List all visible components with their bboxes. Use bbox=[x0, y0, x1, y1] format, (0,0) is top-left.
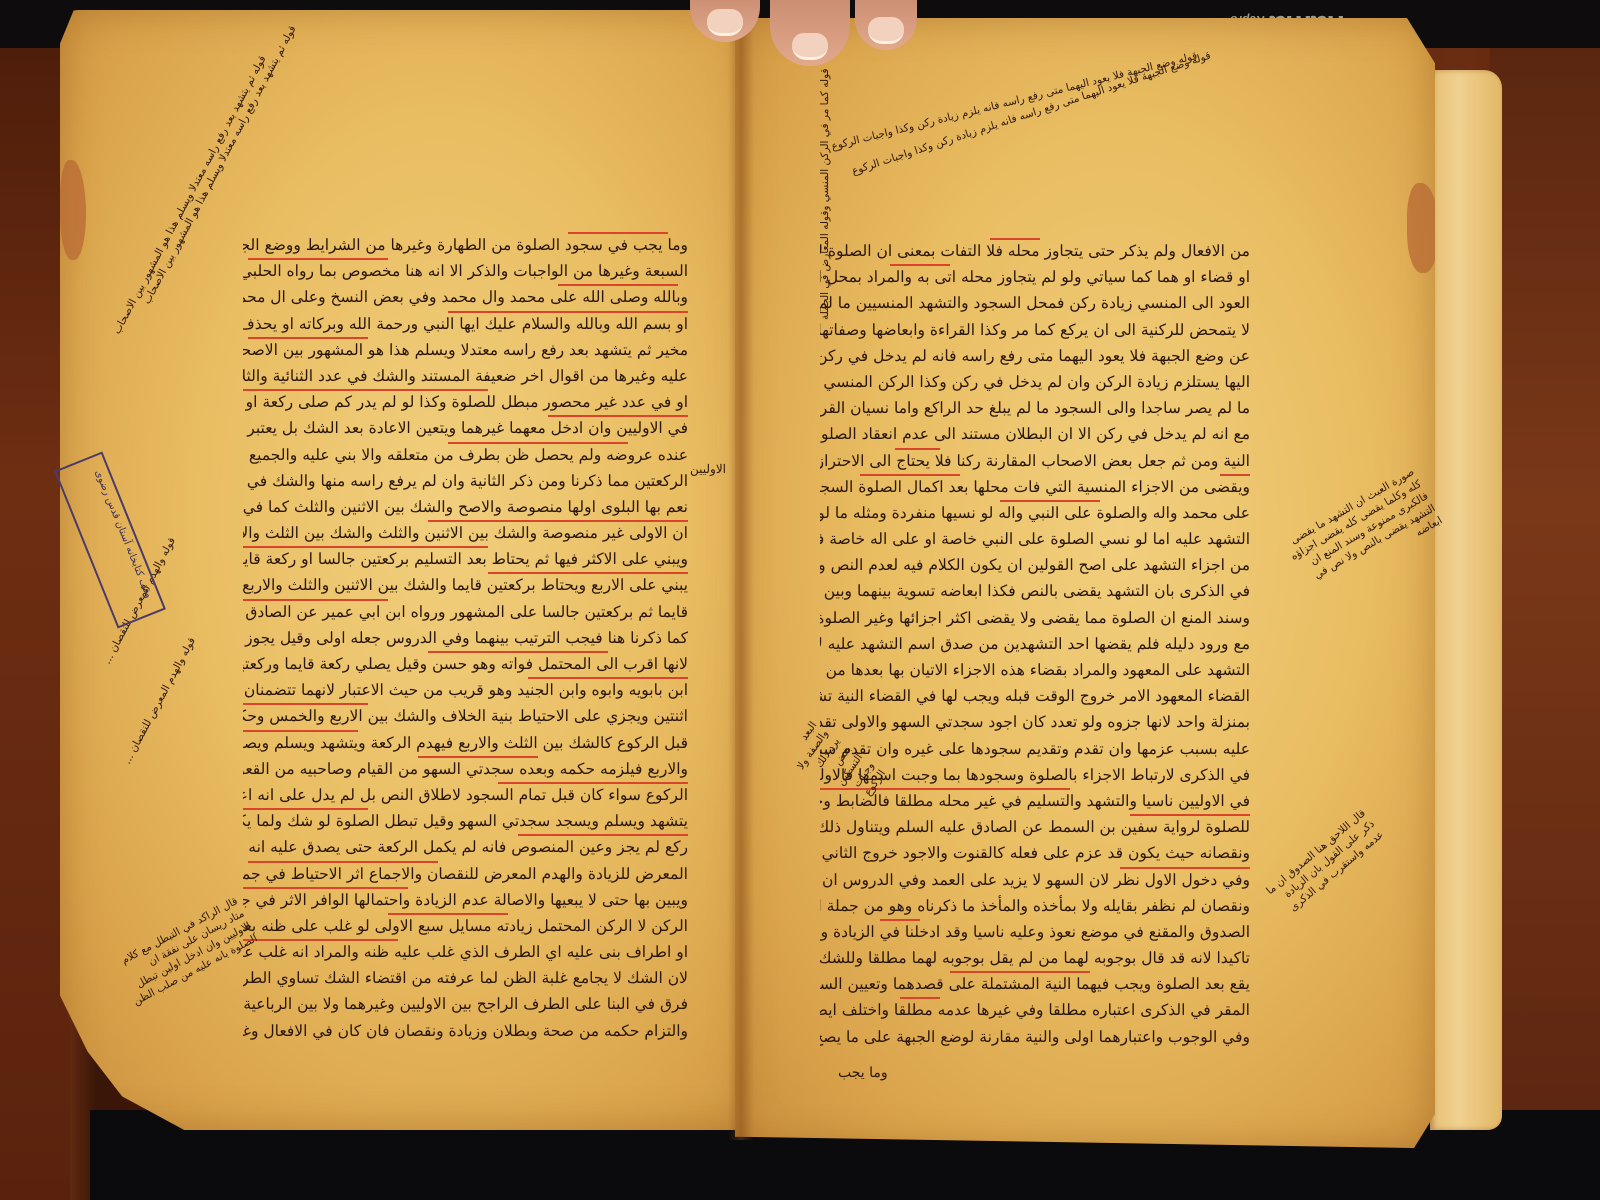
rubric-overline bbox=[388, 913, 508, 915]
text-line: بمنزلة واحد لانها جزوه ولو تعدد كان اجود… bbox=[820, 709, 1250, 735]
text-line: للصلوة لرواية سفين بن السمط عن الصادق عل… bbox=[820, 814, 1250, 840]
rubric-overline bbox=[248, 258, 388, 260]
rubric-overline bbox=[860, 474, 960, 476]
text-line: والاربع فيلزمه حكمه وبعده سجدتي السهو من… bbox=[243, 756, 688, 782]
rubric-overline bbox=[488, 572, 688, 574]
text-line: الركوع سواء كان قبل تمام السجود لاطلاق ا… bbox=[243, 782, 688, 808]
text-line: السبعة وغيرها من الواجبات والذكر الا انه… bbox=[243, 258, 688, 284]
text-line: وبالله وصلى الله على محمد وال محمد وفي ب… bbox=[243, 284, 688, 310]
text-line: قايما ثم بركعتين جالسا على المشهور ورواه… bbox=[243, 599, 688, 625]
text-line: ركع لم يجز وعين المنصوص فانه لم يكمل الر… bbox=[243, 834, 688, 860]
stain-left-edge bbox=[60, 160, 86, 260]
finger bbox=[855, 0, 917, 50]
rubric-overline bbox=[243, 703, 368, 705]
text-line: يتشهد ويسلم ويسجد سجدتي السهو وقيل تبطل … bbox=[243, 808, 688, 834]
left-main-text: وما يجب في سجود الصلوة من الطهارة وغيرها… bbox=[243, 232, 688, 1044]
text-line: وفي دخول الاول نظر لان السهو لا يزيد على… bbox=[820, 867, 1250, 893]
text-line: المعرض للزيادة والهدم المعرض للنقصان وال… bbox=[243, 861, 688, 887]
rubric-overline bbox=[1220, 474, 1250, 476]
text-line: كما ذكرنا هنا فيجب الترتيب بينهما وفي ال… bbox=[243, 625, 688, 651]
text-line: وما يجب في سجود الصلوة من الطهارة وغيرها… bbox=[243, 232, 688, 258]
rubric-overline bbox=[243, 939, 398, 941]
page-block-edges bbox=[1430, 70, 1502, 1130]
text-line: لا يتمحض للركنية الى ان يركع كما مر وكذا… bbox=[820, 317, 1250, 343]
rubric-overline bbox=[418, 756, 538, 758]
text-line: وسند المنع ان الصلوة مما يقضى ولا يقضى ا… bbox=[820, 605, 1250, 631]
rubric-overline bbox=[248, 861, 438, 863]
text-line: اثنتين ويجزي على الاحتياط بنية الخلاف وا… bbox=[243, 703, 688, 729]
stain-right-edge bbox=[1407, 183, 1439, 273]
rubric-overline bbox=[243, 546, 488, 548]
rubric-overline bbox=[890, 264, 950, 266]
text-line: الصدوق والمقنع في موضع نعوذ وعليه ناسيا … bbox=[820, 919, 1250, 945]
text-line: على محمد واله والصلوة على النبي واله لو … bbox=[820, 500, 1250, 526]
text-line: وفي الوجوب واعتبارهما اولى والنية مقارنة… bbox=[820, 1024, 1250, 1050]
text-line: في الاوليين ناسيا والتشهد والتسليم في غي… bbox=[820, 788, 1250, 814]
rubric-overline bbox=[428, 651, 608, 653]
text-line: والتزام حكمه من صحة وبطلان وزيادة ونقصان… bbox=[243, 1018, 688, 1044]
hand-holding-page bbox=[680, 0, 920, 70]
text-line: مع انه لم يدخل في ركن الا ان البطلان مست… bbox=[820, 421, 1250, 447]
table-surface-left bbox=[0, 0, 70, 1200]
book-gutter bbox=[728, 20, 754, 1140]
rubric-overline bbox=[243, 730, 358, 732]
rubric-overline bbox=[950, 971, 1090, 973]
catchword: وما يجب bbox=[838, 1065, 888, 1081]
finger bbox=[770, 0, 850, 66]
text-line: ان الاولى غير منصوصة والشك بين الاثنين و… bbox=[243, 520, 688, 546]
rubric-overline bbox=[243, 389, 488, 391]
text-line: ويبني على الاكثر فيها ثم يحتاط بعد التسل… bbox=[243, 546, 688, 572]
rubric-overline bbox=[243, 599, 388, 601]
text-line: او اطراف بنى عليه اي الطرف الذي غلب عليه… bbox=[243, 939, 688, 965]
rubric-overline bbox=[900, 997, 940, 999]
text-line: المقر في الذكرى اعتباره مطلقا وفي غيرها … bbox=[820, 997, 1250, 1023]
fingernail bbox=[792, 33, 828, 60]
text-line: عليه وغيرها من اقوال اخر ضعيفة المستند و… bbox=[243, 363, 688, 389]
text-line: ابن بابويه وابوه وابن الجنيد وهو قريب من… bbox=[243, 677, 688, 703]
rubric-overline bbox=[880, 919, 920, 921]
rubric-overline bbox=[895, 448, 940, 450]
text-line: العود الى المنسي زيادة ركن فمحل السجود و… bbox=[820, 290, 1250, 316]
text-line: ما لم يصر ساجدا والى السجود ما لم يبلغ ح… bbox=[820, 395, 1250, 421]
text-line: ونقصانه حيث يكون قد عزم على فعله كالقنوت… bbox=[820, 840, 1250, 866]
rubric-overline bbox=[568, 232, 668, 234]
margin-note-left-vertical: قوله كما مر في الركن المنسي وقوله المعار… bbox=[818, 68, 832, 320]
text-line: يقع بعد الصلوة ويجب فيهما النية المشتملة… bbox=[820, 971, 1250, 997]
text-line: لان الشك لا يجامع غلبة الظن لما عرفته من… bbox=[243, 965, 688, 991]
margin-note-beside-line: الاوليين bbox=[690, 462, 726, 476]
rubric-overline bbox=[528, 677, 688, 679]
rubric-overline bbox=[1000, 500, 1100, 502]
text-line: الركعتين مما ذكرنا ومن ذكر الثانية وان ل… bbox=[243, 468, 688, 494]
text-line: او قضاء او هما كما سياتي ولو لم يتجاوز م… bbox=[820, 264, 1250, 290]
rubric-overline bbox=[990, 238, 1040, 240]
text-line: من الافعال ولم يذكر حتى يتجاوز محله فلا … bbox=[820, 238, 1250, 264]
text-line: عليه بسبب عزمها وان تقدم وتقديم سجودها ع… bbox=[820, 736, 1250, 762]
text-line: التشهد على المعهود والمراد بقضاء هذه الا… bbox=[820, 657, 1250, 683]
text-line: ونقصان لم نظفر بقايله ولا بمأخذه والمأخذ… bbox=[820, 893, 1250, 919]
table-surface-right bbox=[1490, 40, 1600, 1200]
text-line: التشهد عليه اما لو نسي الصلوة على النبي … bbox=[820, 526, 1250, 552]
fingernail bbox=[868, 17, 904, 44]
text-line: النية ومن ثم جعل بعض الاصحاب المقارنة رك… bbox=[820, 448, 1250, 474]
fingernail bbox=[707, 9, 743, 36]
text-line: القضاء المعهود الامر خروج الوقت قبله ويج… bbox=[820, 683, 1250, 709]
rubric-overline bbox=[243, 808, 368, 810]
rubric-overline bbox=[1130, 814, 1250, 816]
text-line: عنده عروضه ولم يحصل ظن بطرف من متعلقه وا… bbox=[243, 442, 688, 468]
rubric-overline bbox=[518, 834, 688, 836]
text-line: مع ورود دليله فلم يقضها احد التشهدين من … bbox=[820, 631, 1250, 657]
text-line: من اجزاء التشهد على اصح القولين ان يكون … bbox=[820, 552, 1250, 578]
rubric-overline bbox=[243, 887, 408, 889]
rubric-overline bbox=[248, 337, 368, 339]
text-line: او بسم الله وبالله والسلام عليك ايها الن… bbox=[243, 311, 688, 337]
rubric-overline bbox=[558, 284, 678, 286]
text-line: ويبين بها حتى لا يبعيها والاصالة عدم الز… bbox=[243, 887, 688, 913]
text-line: ويقضى من الاجزاء المنسية التي فات محلها … bbox=[820, 474, 1250, 500]
rubric-overline bbox=[548, 415, 688, 417]
rubric-overline bbox=[1120, 867, 1250, 869]
rubric-overline bbox=[428, 520, 688, 522]
text-line: مخير ثم يتشهد بعد رفع راسه معتدلا ويسلم … bbox=[243, 337, 688, 363]
right-main-text: من الافعال ولم يذكر حتى يتجاوز محله فلا … bbox=[820, 238, 1250, 1076]
finger bbox=[690, 0, 760, 42]
text-line: تاكيدا لانه قد قال بوجوبه لهما من لم يقل… bbox=[820, 945, 1250, 971]
rubric-overline bbox=[448, 311, 688, 313]
text-line: اليها يستلزم زيادة الركن وان لم يدخل في … bbox=[820, 369, 1250, 395]
text-line: في الذكرى بان التشهد يقضى بالنص فكذا ابع… bbox=[820, 578, 1250, 604]
text-line: يبني على الاربع ويحتاط بركعتين قايما وال… bbox=[243, 572, 688, 598]
rubric-overline bbox=[498, 782, 688, 784]
rubric-overline bbox=[448, 442, 628, 444]
text-line: قبل الركوع كالشك بين الثلث والاربع فيهدم… bbox=[243, 730, 688, 756]
text-line: نعم بها البلوى اولها منصوصة والاصح والشك… bbox=[243, 494, 688, 520]
text-line: عن وضع الجبهة فلا يعود اليهما متى رفع را… bbox=[820, 343, 1250, 369]
text-line: الركن لا الركن المحتمل زيادته مسايل سبع … bbox=[243, 913, 688, 939]
text-line: او في عدد غير محصور مبطل للصلوة وكذا لو … bbox=[243, 389, 688, 415]
text-line: فرق في البنا على الطرف الراجح بين الاولي… bbox=[243, 991, 688, 1017]
text-line: في الاوليين وان ادخل معهما غيرهما ويتعين… bbox=[243, 415, 688, 441]
text-line: لانها اقرب الى المحتمل فواته وهو حسن وقي… bbox=[243, 651, 688, 677]
